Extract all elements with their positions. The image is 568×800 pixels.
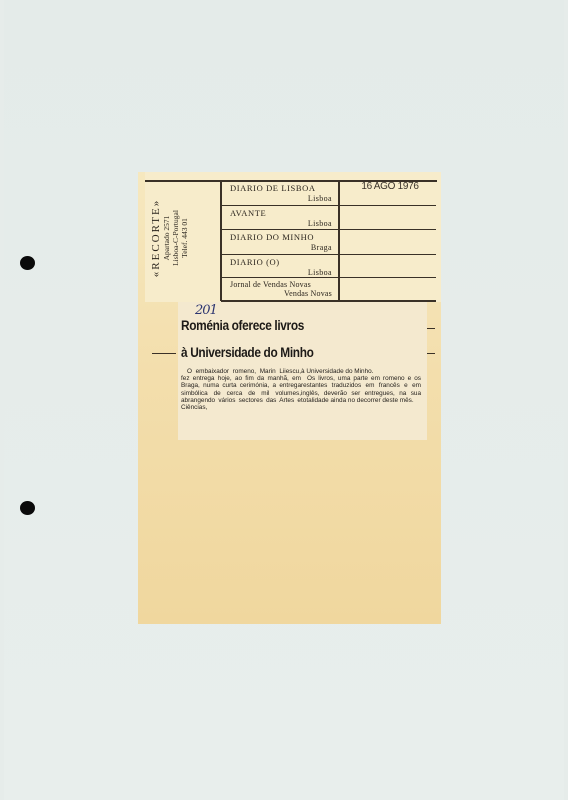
newspaper-city: Vendas Novas [284, 289, 332, 298]
agency-address-3: Telef. 443 01 [180, 178, 189, 298]
headline-line-2: à Universidade do Minho [181, 345, 314, 360]
article-column-1: O embaixador romeno, Marin Liiescu, fez … [181, 368, 301, 411]
article-column-2: à Universidade do Minho. Os livros, uma … [301, 368, 421, 404]
agency-address-2: Lisboa-C-Portugal [171, 178, 180, 298]
agency-address-1: Apartado 2571 [162, 178, 171, 298]
newspaper-city: Lisboa [308, 219, 332, 228]
date-stamp: 16 AGO 1976 [345, 181, 435, 192]
newspaper-row: DIARIO DO MINHO Braga [222, 230, 338, 254]
article-paragraph: à Universidade do Minho. [301, 368, 421, 375]
newspaper-row: AVANTE Lisboa [222, 206, 338, 229]
newspaper-city: Lisboa [308, 194, 332, 203]
newspaper-row: DIARIO (O) Lisboa [222, 255, 338, 277]
agency-brand: «RECORTE» [150, 178, 162, 298]
article-paragraph: Os livros, uma parte em romeno e os rest… [301, 375, 421, 404]
punch-hole-bottom [20, 501, 35, 515]
newspaper-city: Lisboa [308, 268, 332, 277]
fold-mark-left [152, 353, 176, 354]
newspaper-name: Jornal de Vendas Novas [230, 280, 311, 289]
agency-stamp: «RECORTE» Apartado 2571 Lisboa-C-Portuga… [150, 178, 189, 298]
punch-hole-top [20, 256, 35, 270]
newspaper-row: DIARIO DE LISBOA Lisboa [222, 181, 338, 205]
handwritten-number: 201 [195, 303, 217, 318]
newspaper-name: AVANTE [230, 208, 266, 218]
header-divider-right [338, 180, 340, 301]
newspaper-row: Jornal de Vendas Novas Vendas Novas [222, 278, 338, 300]
fold-mark-right-2 [427, 353, 435, 354]
fold-mark-right-1 [427, 328, 435, 329]
newspaper-city: Braga [311, 243, 332, 252]
article-paragraph: O embaixador romeno, Marin Liiescu, fez … [181, 368, 301, 411]
newspaper-name: DIARIO (O) [230, 257, 280, 267]
newspaper-name: DIARIO DE LISBOA [230, 183, 316, 193]
newspaper-name: DIARIO DO MINHO [230, 232, 314, 242]
headline-line-1: Roménia oferece livros [181, 318, 304, 333]
